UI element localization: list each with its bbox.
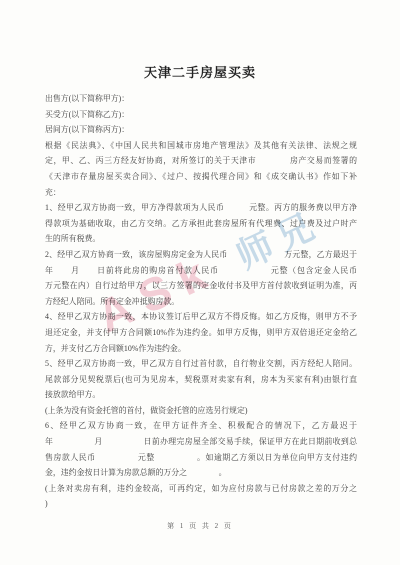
contract-line: 2、经甲乙双方协商一致，该房屋购房定金为人民币 万元整，乙方最迟于 bbox=[45, 247, 357, 263]
contract-line: 5、经甲乙双方协商一致，甲乙双方自行过首付款，自行物业交割，丙方经纪人陪同。 bbox=[45, 356, 357, 372]
contract-line: 方，并支付乙方合同额10%作为违约金。 bbox=[45, 341, 357, 357]
contract-line: 居间方(以下简称丙方)： bbox=[45, 122, 357, 138]
contract-line: 1、经甲乙双方协商一致，甲方净得款项为人民币 元整。丙方的服务费以甲方净 bbox=[45, 200, 357, 216]
contract-line: 4、经甲乙双方协商一致，本协议签订后甲乙双方不得反悔。如乙方反悔，则甲方不予 bbox=[45, 309, 357, 325]
contract-line: 年 月 日前办理完房屋全部交易手续，保证甲方在此日期前收到总 bbox=[45, 434, 357, 450]
contract-line: 售房款人民币 元整 。如逾期乙方须以日为单位向甲方支付违约 bbox=[45, 450, 357, 466]
contract-line: ) bbox=[45, 496, 357, 512]
contract-line: 出售方(以下简称甲方)： bbox=[45, 91, 357, 107]
contract-line: 根据《民法典》、《中国人民共和国城市房地产管理法》及其他有关法律、法规之规 bbox=[45, 138, 357, 154]
contract-line: 充： bbox=[45, 185, 357, 201]
contract-line: 《天津市存量房屋买卖合同》、《过户、按揭代理合同》和《成交确认书》作如下补 bbox=[45, 169, 357, 185]
contract-line: 方经纪人陪同。所有定金冲抵购房款。 bbox=[45, 294, 357, 310]
contract-line: 尾款部分见契税票后(也可为见房本，契税票对卖家有利，房本为买家有利)由银行直 bbox=[45, 372, 357, 388]
contract-line: 金，违约金按日计算为房款总额的万分之 。 bbox=[45, 465, 357, 481]
contract-line: 得款项为基础收取，由乙方交纳。乙方承担此套房屋所有代理费、过户费及过户时产 bbox=[45, 216, 357, 232]
contract-line: 买受方(以下简称乙方)： bbox=[45, 107, 357, 123]
document-title: 天津二手房屋买卖 bbox=[0, 62, 400, 81]
contract-line: 接放款给甲方。 bbox=[45, 387, 357, 403]
contract-line: 万元整在内）自行过给甲方，以三方签署的定金收付书及甲方首付款收到证明为准，丙 bbox=[45, 278, 357, 294]
document-page: ASk师兄 天津二手房屋买卖 出售方(以下简称甲方)：买受方(以下简称乙方)：居… bbox=[0, 0, 400, 565]
contract-line: (上条为没有资金托管的首付，做资金托管的应选另行规定) bbox=[45, 403, 357, 419]
contract-line: 6、经甲乙双方协商一致，在甲方证件齐全、积极配合的情况下，乙方最迟于 bbox=[45, 418, 357, 434]
contract-line: (上条对卖房有利，违约金较高，可再约定，如为应付房款与已付房款之差的万分之 bbox=[45, 481, 357, 497]
contract-body: 出售方(以下简称甲方)：买受方(以下简称乙方)：居间方(以下简称丙方)：根据《民… bbox=[45, 91, 357, 512]
contract-line: 退还定金，并支付甲方合同额10%作为违约金。如甲方反悔，则甲方双倍退还定金给乙 bbox=[45, 325, 357, 341]
page-number: 第 1 页 共 2 页 bbox=[0, 521, 400, 531]
contract-line: 定，甲、乙、丙三方经友好协商，对所签订的关于天津市 房产交易而签署的 bbox=[45, 153, 357, 169]
contract-line: 生的所有税费。 bbox=[45, 231, 357, 247]
contract-line: 年 月 日前将此房的购房首付款人民币 元整（包含定金人民币 bbox=[45, 263, 357, 279]
